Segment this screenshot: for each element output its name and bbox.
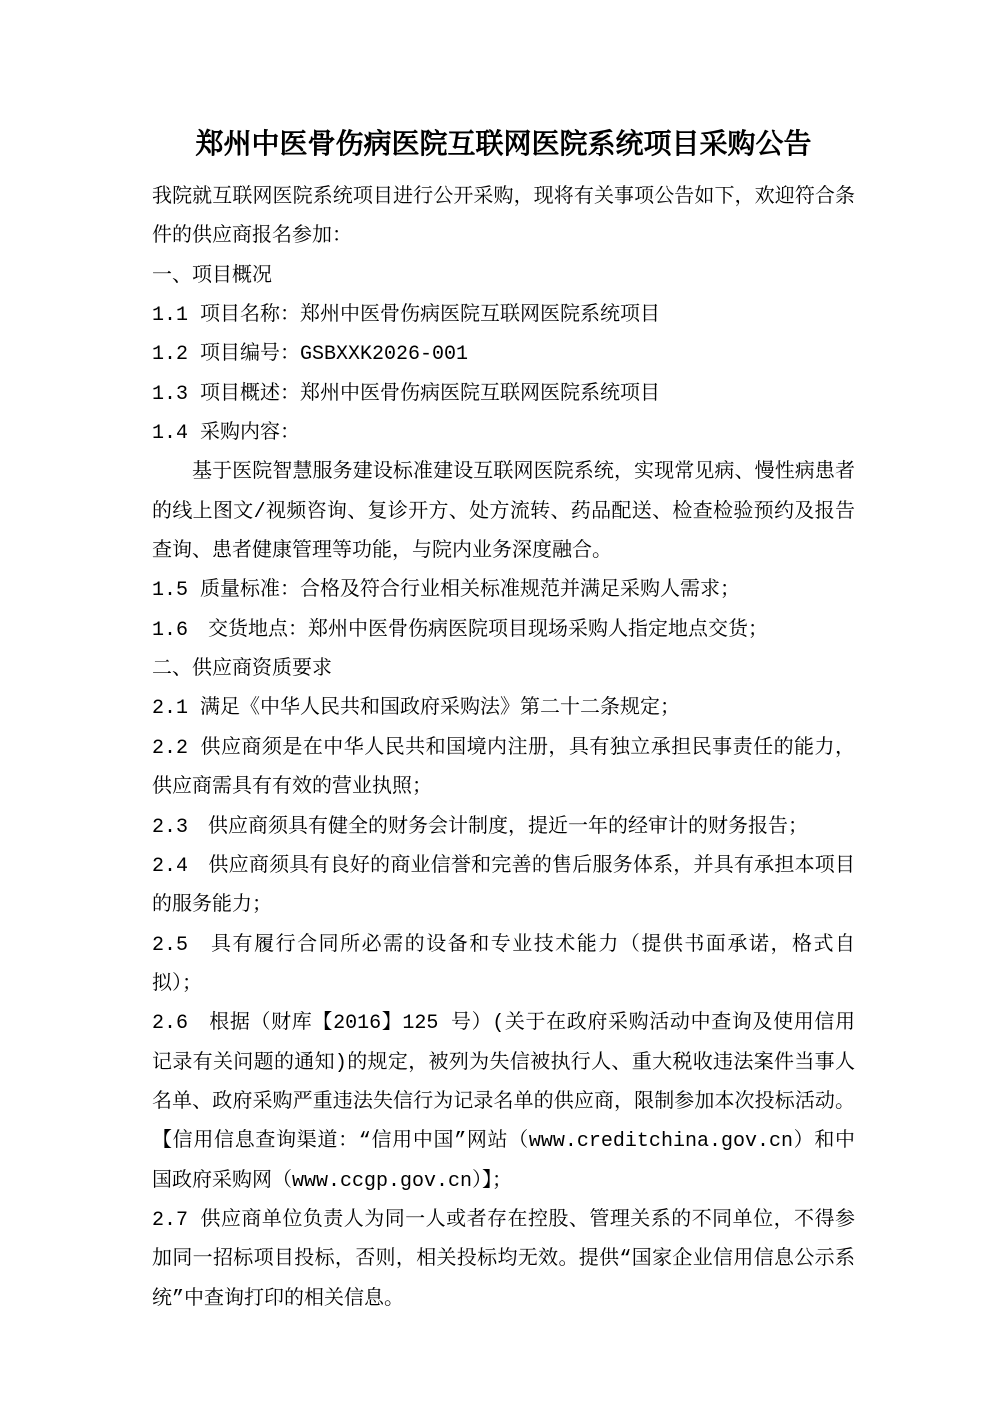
document-paragraph: 2.4 供应商须具有良好的商业信誉和完善的售后服务体系，并具有承担本项目的服务能… [152,847,855,926]
document-paragraph: 1.1 项目名称：郑州中医骨伤病医院互联网医院系统项目 [152,296,855,335]
document-paragraph: 二、供应商资质要求 [152,650,855,689]
document-paragraph: 2.1 满足《中华人民共和国政府采购法》第二十二条规定； [152,689,855,728]
document-paragraph: 一、项目概况 [152,257,855,296]
document-paragraph: 1.4 采购内容： [152,414,855,453]
document-paragraph: 2.7 供应商单位负责人为同一人或者存在控股、管理关系的不同单位，不得参加同一招… [152,1201,855,1319]
document-paragraph: 我院就互联网医院系统项目进行公开采购，现将有关事项公告如下，欢迎符合条件的供应商… [152,178,855,257]
document-title: 郑州中医骨伤病医院互联网医院系统项目采购公告 [152,131,855,163]
document-paragraph: 1.2 项目编号：GSBXXK2026-001 [152,335,855,374]
document-paragraph: 1.5 质量标准：合格及符合行业相关标准规范并满足采购人需求； [152,571,855,610]
document-paragraph: 基于医院智慧服务建设标准建设互联网医院系统，实现常见病、慢性病患者的线上图文/视… [152,453,855,571]
document-paragraph: 2.5 具有履行合同所必需的设备和专业技术能力（提供书面承诺，格式自拟）； [152,926,855,1005]
document-paragraph: 2.3 供应商须具有健全的财务会计制度，提近一年的经审计的财务报告； [152,808,855,847]
document-paragraph: 2.2 供应商须是在中华人民共和国境内注册，具有独立承担民事责任的能力，供应商需… [152,729,855,808]
document-paragraph: 2.6 根据（财库【2016】125 号）(关于在政府采购活动中查询及使用信用记… [152,1004,855,1201]
document-paragraph: 1.3 项目概述：郑州中医骨伤病医院互联网医院系统项目 [152,375,855,414]
document-paragraph: 1.6 交货地点：郑州中医骨伤病医院项目现场采购人指定地点交货； [152,611,855,650]
document-page: 郑州中医骨伤病医院互联网医院系统项目采购公告 我院就互联网医院系统项目进行公开采… [0,0,1000,1414]
document-body: 我院就互联网医院系统项目进行公开采购，现将有关事项公告如下，欢迎符合条件的供应商… [152,178,855,1319]
